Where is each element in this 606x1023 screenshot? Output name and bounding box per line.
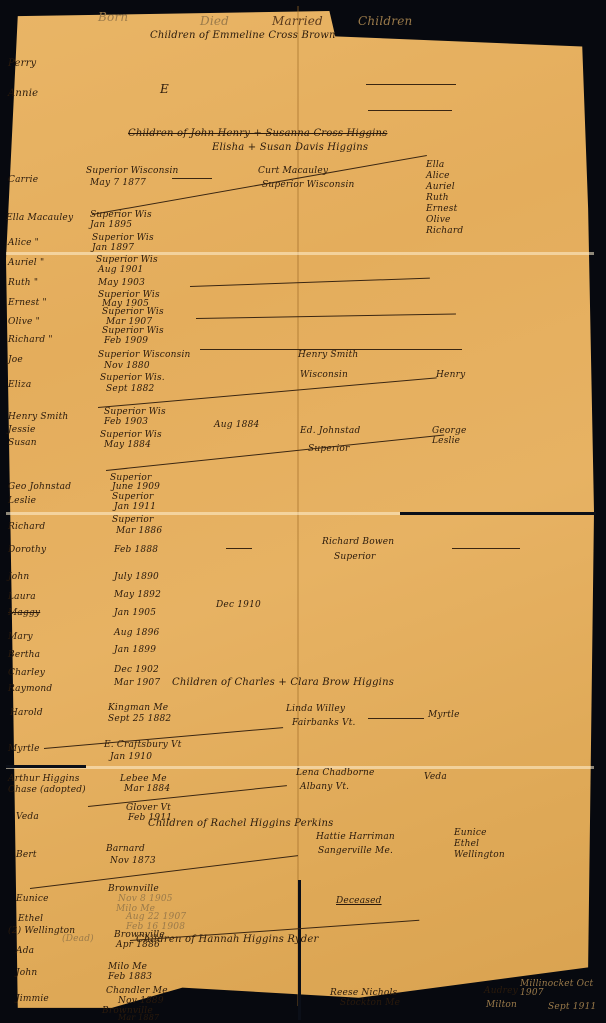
person-name: Ethel [18, 914, 43, 924]
birth-date: Nov 1880 [104, 361, 150, 371]
marriage-place: Albany Vt. [300, 782, 349, 792]
person-name: Ella Macauley [6, 213, 73, 223]
birth-place: Lebee Me [120, 774, 167, 784]
tear-mark [298, 880, 301, 1020]
birth-place: Milo Me [108, 962, 147, 972]
birth-date: May 1884 [104, 440, 151, 450]
birth-date: May 7 1877 [90, 178, 146, 188]
birth-place: Brownville [108, 884, 159, 894]
marriage-place: Sangerville Me. [318, 846, 393, 856]
birth-date: May 1892 [114, 590, 161, 600]
spouse: Hattie Harriman [316, 832, 395, 842]
birth-place: Superior Wis [92, 233, 154, 243]
spouse: Richard Bowen [322, 537, 394, 547]
child-name: Ella [426, 160, 445, 170]
header-born: Born [98, 10, 128, 24]
birth-place: Superior Wis [90, 210, 152, 220]
section-title: Children of Charles + Clara Brow Higgins [172, 677, 394, 688]
birth-place: Glover Vt [126, 803, 171, 813]
section-title: Children of Rachel Higgins Perkins [148, 818, 333, 829]
birth-place: Superior Wis. [100, 373, 165, 383]
person-name: Leslie [8, 496, 36, 506]
person-name: Mary [8, 632, 33, 642]
birth-date: Dec 1902 [114, 665, 159, 675]
header-died: Died [200, 14, 229, 28]
marriage-place: Wisconsin [300, 370, 348, 380]
birth-place: Superior Wis [104, 407, 166, 417]
birth-date: Jan 1899 [114, 645, 156, 655]
birth-date: Nov 1873 [110, 856, 156, 866]
birth-date: Aug 22 1907 [126, 912, 186, 922]
birth-place: Superior [112, 492, 154, 502]
tear-mark [400, 512, 596, 515]
child-name: Henry [436, 370, 465, 380]
status-note: (Dead) [62, 934, 94, 944]
person-name: John [16, 968, 37, 978]
birth-date: Feb 1888 [114, 545, 158, 555]
birth-date: Jan 1897 [92, 243, 134, 253]
person-name: Raymond [8, 684, 52, 694]
marriage-place: Superior [334, 552, 376, 562]
person-name: Joe [8, 355, 23, 365]
birth-place: Barnard [106, 844, 145, 854]
person-name: Auriel " [8, 258, 44, 268]
birth-date: Mar 1887 [118, 1013, 159, 1022]
child-birth: Millinocket Oct 1907 [520, 980, 600, 998]
person-name: Myrtle [8, 744, 40, 754]
birth-place: Superior Wisconsin [98, 350, 191, 360]
birth-place: Superior Wis [100, 430, 162, 440]
person-name: Alice " [8, 238, 39, 248]
person-name: Carrie [8, 175, 38, 185]
child-name: Richard [426, 226, 463, 236]
section-title: Elisha + Susan Davis Higgins [212, 142, 368, 153]
child-name: Ruth [426, 193, 449, 203]
birth-place: Chandler Me [106, 986, 168, 996]
child-name: Veda [424, 772, 447, 782]
section-title: Children of Emmeline Cross Brown [150, 30, 336, 41]
birth-date: Feb 1883 [108, 972, 152, 982]
birth-date: Feb 1903 [104, 417, 148, 427]
person-name: Eliza [8, 380, 31, 390]
person-name: Annie [8, 88, 38, 99]
birth-date: Nov 8 1905 [118, 894, 173, 904]
child-name: Myrtle [428, 710, 460, 720]
person-name: Perry [8, 58, 36, 69]
person-name: Bertha [8, 650, 40, 660]
birth-date: Feb 1909 [104, 336, 148, 346]
death-date: Dec 1910 [216, 600, 261, 610]
spouse: Linda Willey [286, 704, 345, 714]
header-married: Married [272, 14, 323, 28]
marriage-date: Aug 1884 [214, 420, 259, 430]
section-title-struck: Children of John Henry + Susanna Cross H… [128, 128, 387, 139]
birth-date: Jan 1895 [90, 220, 132, 230]
person-name: Olive " [8, 317, 40, 327]
child-name: Eunice Ethel Wellington [454, 828, 514, 861]
person-name: John [8, 572, 29, 582]
birth-place: Superior Wis [102, 307, 164, 317]
section-title: Children of Hannah Higgins Ryder [136, 934, 318, 945]
person-name: Harold [10, 708, 43, 718]
spouse: Reese Nichols [330, 988, 397, 998]
birth-date: Aug 1896 [114, 628, 159, 638]
person-name: Eunice [16, 894, 49, 904]
birth-date: Aug 1901 [98, 265, 143, 275]
birth-date: Sept 1882 [106, 384, 154, 394]
person-name: Dorothy [8, 545, 46, 555]
spouse: Ed. Johnstad [300, 426, 360, 436]
person-name: Richard " [8, 335, 53, 345]
birth-place: Superior Wis [102, 326, 164, 336]
person-name: Ada [16, 946, 34, 956]
birth-date: Jan 1905 [114, 608, 156, 618]
person-name: Ruth " [8, 278, 38, 288]
person-name: Jessie [8, 425, 36, 435]
person-name: Charley [8, 668, 45, 678]
child-name: Audrey [484, 986, 518, 996]
birth-date: May 1903 [98, 278, 145, 288]
person-name: Bert [16, 850, 37, 860]
birth-place: Kingman Me [108, 703, 168, 713]
spouse: Henry Smith [298, 350, 358, 360]
person-name: Henry Smith [8, 412, 68, 422]
child-name: Auriel [426, 182, 455, 192]
tear-mark [6, 765, 86, 768]
person-name: Richard [8, 522, 45, 532]
birth-date: Mar 1907 [114, 678, 160, 688]
birth-place: Superior [112, 515, 154, 525]
spouse: Lena Chadborne [296, 768, 375, 778]
birth-date: Mar 1884 [124, 784, 170, 794]
status-note: Deceased [336, 896, 382, 906]
marriage-place: Fairbanks Vt. [292, 718, 356, 728]
child-name: Olive [426, 215, 451, 225]
birth-place: E. Craftsbury Vt [104, 740, 182, 750]
child-name: Alice [426, 171, 450, 181]
person-name: Laura [8, 592, 36, 602]
person-name: Ernest " [8, 298, 47, 308]
person-name: Geo Johnstad [8, 482, 71, 492]
birth-date: Jan 1911 [114, 502, 156, 512]
birth-date: Jan 1910 [110, 752, 152, 762]
birth-date: Sept 25 1882 [108, 714, 171, 724]
person-name: Maggy [8, 608, 40, 618]
birth-date: June 1909 [112, 482, 160, 492]
birth-place: Superior Wis [96, 255, 158, 265]
birth-place: Superior Wisconsin [86, 166, 179, 176]
header-children: Children [358, 14, 412, 28]
person-name: Veda [16, 812, 39, 822]
child-name: Milton [486, 1000, 517, 1010]
circled-mark: E [160, 82, 169, 96]
person-name: Jimmie [16, 994, 49, 1004]
birth-date: Nov 1889 [118, 996, 164, 1006]
person-name: Susan [8, 438, 37, 448]
birth-date: July 1890 [114, 572, 159, 582]
marriage-place: Stockton Me [340, 998, 400, 1008]
child-birth: Sept 1911 [548, 1002, 596, 1012]
person-name: Arthur Higgins Chase (adopted) [8, 774, 104, 796]
birth-date: Mar 1886 [116, 526, 162, 536]
child-name: Ernest [426, 204, 457, 214]
